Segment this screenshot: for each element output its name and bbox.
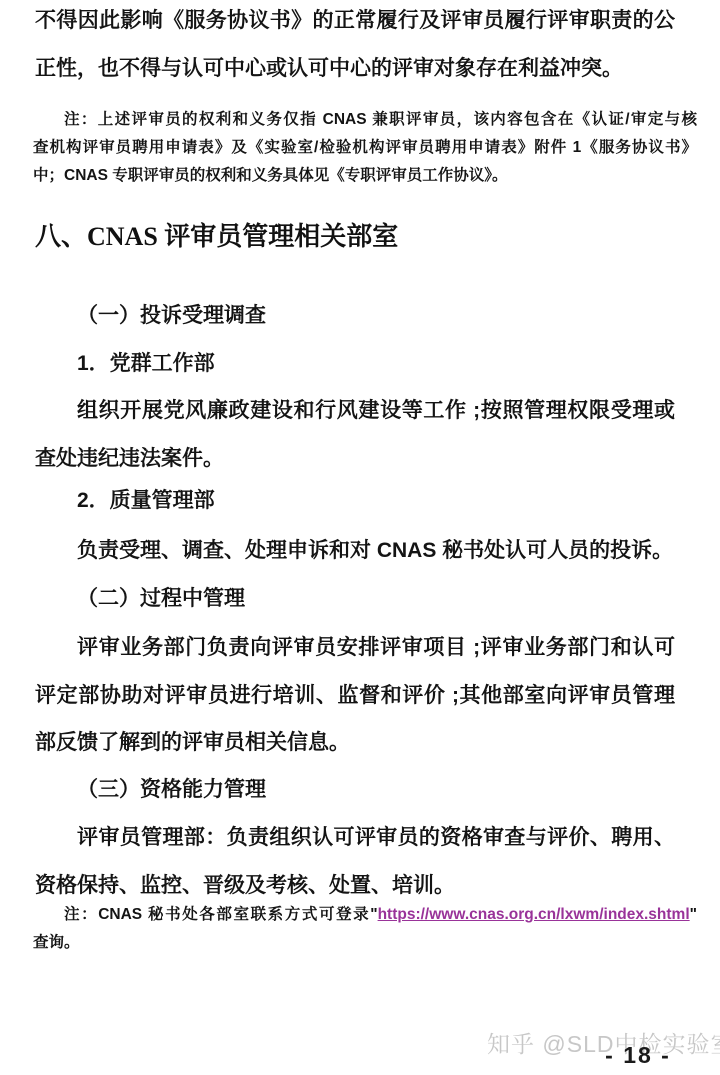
subsection-title: （一）投诉受理调查	[35, 292, 675, 340]
subsection-title-1: （一）投诉受理调查	[35, 292, 675, 340]
cnas-contact-url-link[interactable]: https://www.cnas.org.cn/lxwm/index.shtml	[378, 906, 690, 923]
item-title: 2．质量管理部	[35, 477, 675, 525]
paragraph-quality-dept: 负责受理、调查、处理申诉和对 CNAS 秘书处认可人员的投诉。	[35, 527, 675, 575]
text-line: 注：CNAS 秘书处各部室联系方式可登录"https://www.cnas.or…	[33, 901, 697, 929]
paragraph-party-work-dept: 组织开展党风廉政建设和行风建设等工作 ;按照管理权限受理或 查处违纪违法案件。	[35, 387, 675, 482]
text-line: 评审业务部门负责向评审员安排评审项目 ;评审业务部门和认可	[35, 624, 675, 672]
subsection-title-2: （二）过程中管理	[35, 575, 675, 623]
text-line: 组织开展党风廉政建设和行风建设等工作 ;按照管理权限受理或	[35, 387, 675, 435]
text-line: 注：上述评审员的权利和义务仅指 CNAS 兼职评审员，该内容包含在《认证/审定与…	[33, 106, 697, 134]
text-line: 负责受理、调查、处理申诉和对 CNAS 秘书处认可人员的投诉。	[35, 527, 675, 575]
text-line: 评定部协助对评审员进行培训、监督和评价 ;其他部室向评审员管理	[35, 672, 675, 720]
text-line: 正性，也不得与认可中心或认可中心的评审对象存在利益冲突。	[35, 45, 675, 93]
paragraph-qualification-management: 评审员管理部：负责组织认可评审员的资格审查与评价、聘用、 资格保持、监控、晋级及…	[35, 814, 675, 909]
subsection-title: （二）过程中管理	[35, 575, 675, 623]
note-prefix-text: 注：CNAS 秘书处各部室联系方式可登录"	[64, 906, 378, 923]
text-line: 评审员管理部：负责组织认可评审员的资格审查与评价、聘用、	[35, 814, 675, 862]
item-title-1: 1．党群工作部	[35, 340, 675, 388]
text-line: 部反馈了解到的评审员相关信息。	[35, 719, 675, 767]
text-line: 查处违纪违法案件。	[35, 435, 675, 483]
subsection-title: （三）资格能力管理	[35, 766, 675, 814]
section-heading: 八、CNAS 评审员管理相关部室	[35, 220, 675, 254]
document-page: 不得因此影响《服务协议书》的正常履行及评审员履行评审职责的公 正性，也不得与认可…	[0, 0, 720, 1075]
note-assessor-rights: 注：上述评审员的权利和义务仅指 CNAS 兼职评审员，该内容包含在《认证/审定与…	[33, 106, 697, 190]
note-contact-info: 注：CNAS 秘书处各部室联系方式可登录"https://www.cnas.or…	[33, 901, 697, 957]
paragraph-process-management: 评审业务部门负责向评审员安排评审项目 ;评审业务部门和认可 评定部协助对评审员进…	[35, 624, 675, 767]
page-number: - 18 -	[597, 1042, 679, 1069]
text-line: 不得因此影响《服务协议书》的正常履行及评审员履行评审职责的公	[35, 0, 675, 45]
text-line: 中；CNAS 专职评审员的权利和义务具体见《专职评审员工作协议》。	[33, 162, 697, 190]
paragraph-continuation: 不得因此影响《服务协议书》的正常履行及评审员履行评审职责的公 正性，也不得与认可…	[35, 0, 675, 92]
text-line: 查询。	[33, 929, 697, 957]
subsection-title-3: （三）资格能力管理	[35, 766, 675, 814]
item-title: 1．党群工作部	[35, 340, 675, 388]
item-title-2: 2．质量管理部	[35, 477, 675, 525]
note-suffix-text: "	[690, 906, 697, 923]
text-line: 查机构评审员聘用申请表》及《实验室/检验机构评审员聘用申请表》附件 1《服务协议…	[33, 134, 697, 162]
